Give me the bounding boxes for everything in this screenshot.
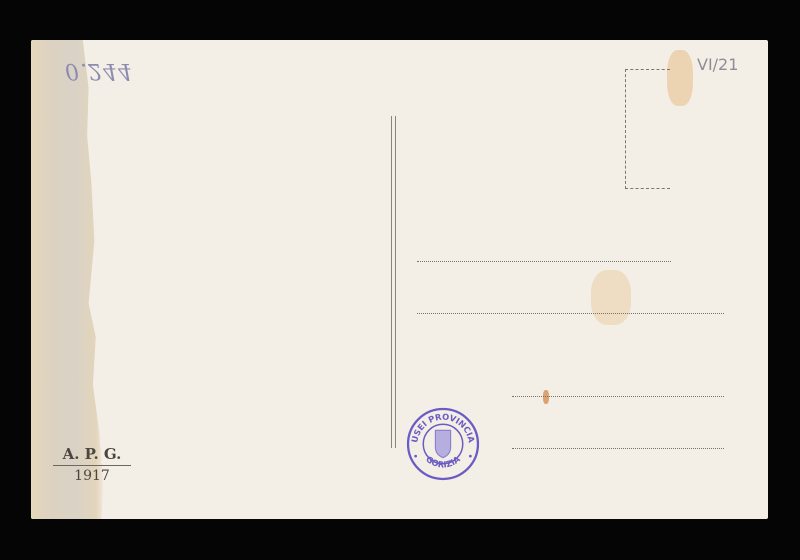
- center-divider-line: [391, 116, 396, 448]
- publisher-year: 1917: [53, 466, 131, 484]
- pencil-note: VI/21: [697, 55, 738, 74]
- pencil-inventory-number: 0.244: [65, 58, 133, 83]
- foxing-stain: [543, 390, 549, 404]
- address-line-2: [417, 313, 724, 314]
- museum-stamp-seal-icon: MUSEI PROVINCIALI GORIZIA: [405, 406, 481, 482]
- address-line-1: [417, 261, 671, 262]
- museum-stamp: MUSEI PROVINCIALI GORIZIA: [405, 406, 481, 482]
- foxing-stain: [667, 50, 693, 106]
- publisher-imprint: A. P. G. 1917: [53, 445, 131, 484]
- address-line-3: [512, 396, 724, 397]
- postcard-back: 0.244 VI/21 A. P. G. 1917 MUSEI PROVINCI…: [31, 40, 768, 519]
- publisher-mark: A. P. G.: [53, 445, 131, 466]
- foxing-stain: [591, 270, 631, 325]
- address-line-4: [512, 448, 724, 449]
- stamp-placement-box: [625, 69, 670, 189]
